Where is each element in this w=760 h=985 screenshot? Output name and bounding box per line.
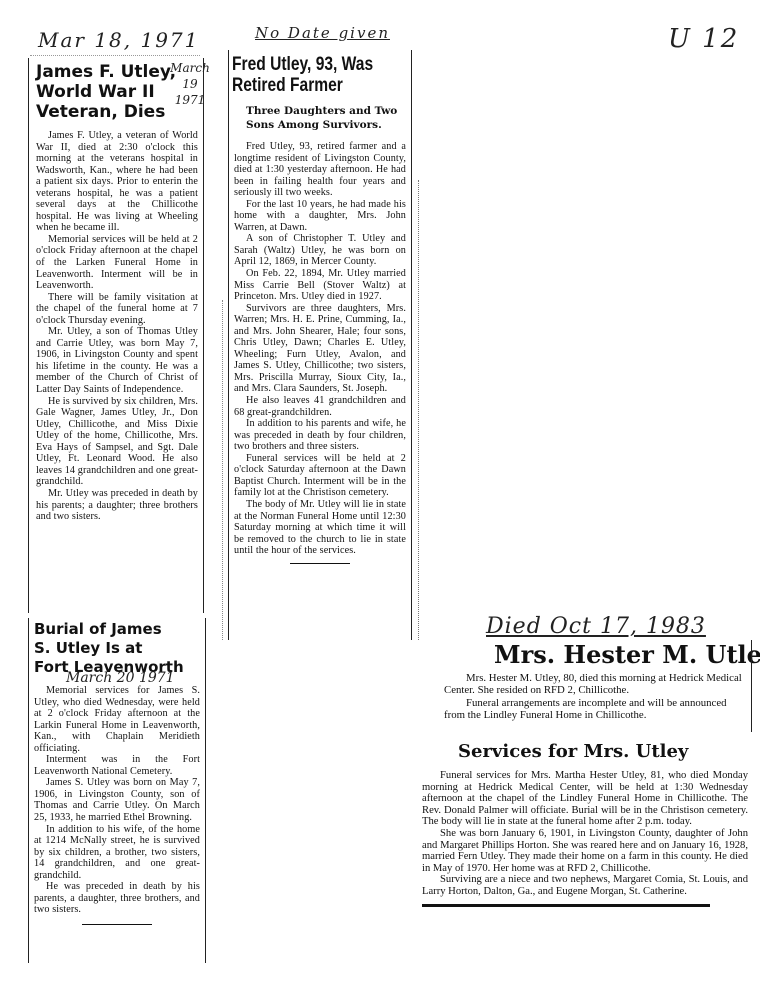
paragraph: For the last 10 years, he had made his h…: [234, 199, 406, 234]
paragraph: She was born January 6, 1901, in Livings…: [422, 828, 748, 874]
clip-hester-utley: Mrs. Hester M. Utley Mrs. Hester M. Utle…: [430, 640, 752, 732]
corner-note: U 12: [668, 24, 739, 54]
paragraph: In addition to his wife, of the home at …: [34, 824, 200, 882]
subhead-line: Three Daughters and Two: [246, 104, 408, 118]
paragraph: James S. Utley was born on May 7, 1906, …: [34, 777, 200, 823]
clip1-handwritten-date: Mar 18, 1971: [38, 28, 199, 52]
paragraph: The body of Mr. Utley will lie in state …: [234, 499, 406, 557]
headline-line: S. Utley Is at: [34, 639, 202, 658]
clip3-body: Fred Utley, 93, retired farmer and a lon…: [228, 132, 412, 557]
end-rule: [422, 904, 710, 907]
side-date-line: March: [170, 60, 210, 76]
paragraph: Funeral arrangements are incomplete and …: [444, 697, 742, 722]
clip3-headline: Fred Utley, 93, Was Retired Farmer: [232, 54, 376, 96]
paragraph: Mr. Utley, a son of Thomas Utley and Car…: [36, 326, 198, 395]
headline-line: Retired Farmer: [232, 75, 376, 96]
clip1-body: James F. Utley, a veteran of World War I…: [28, 122, 204, 523]
paragraph: Memorial services for James S. Utley, wh…: [34, 685, 200, 754]
clip-burial-james-s-utley: Burial of James S. Utley Is at Fort Leav…: [28, 618, 206, 963]
paragraph: Funeral services will be held at 2 o'clo…: [234, 453, 406, 499]
column-rule: [28, 618, 29, 963]
paragraph: Memorial services will be held at 2 o'cl…: [36, 234, 198, 292]
paragraph: He is survived by six children, Mrs. Gal…: [36, 396, 198, 488]
clip2-body: Memorial services for James S. Utley, wh…: [28, 677, 206, 916]
paragraph: Mr. Utley was preceded in death by his p…: [36, 488, 198, 523]
paragraph: A son of Christopher T. Utley and Sarah …: [234, 233, 406, 268]
clip5-headline: Services for Mrs. Utley: [420, 740, 756, 764]
divider: [30, 55, 200, 56]
paragraph: Interment was in the Fort Leavenworth Na…: [34, 754, 200, 777]
end-rule: [290, 563, 350, 565]
fold-mark: [222, 300, 223, 640]
clip-fred-utley: Fred Utley, 93, Was Retired Farmer Three…: [228, 50, 412, 640]
subhead-line: Sons Among Survivors.: [246, 118, 408, 132]
clip5-body: Funeral services for Mrs. Martha Hester …: [420, 764, 756, 898]
paragraph: Mrs. Hester M. Utley, 80, died this morn…: [444, 672, 742, 697]
column-rule: [228, 50, 229, 640]
paragraph: James F. Utley, a veteran of World War I…: [36, 130, 198, 234]
fold-mark: [418, 180, 419, 640]
paragraph: Survivors are three daughters, Mrs. Warr…: [234, 303, 406, 395]
clip4-handwritten-date: Died Oct 17, 1983: [486, 614, 706, 639]
paragraph: He also leaves 41 grandchildren and 68 g…: [234, 395, 406, 418]
column-rule: [205, 618, 206, 963]
clip4-body: Mrs. Hester M. Utley, 80, died this morn…: [430, 670, 752, 722]
clip-services-mrs-utley: Services for Mrs. Utley Funeral services…: [420, 740, 756, 960]
column-rule: [28, 58, 29, 613]
end-rule: [82, 924, 152, 926]
clip2-headline: Burial of James S. Utley Is at Fort Leav…: [34, 620, 202, 677]
paragraph: In addition to his parents and wife, he …: [234, 418, 406, 453]
clip3-subhead: Three Daughters and Two Sons Among Survi…: [232, 96, 408, 132]
paragraph: On Feb. 22, 1894, Mr. Utley married Miss…: [234, 268, 406, 303]
paragraph: There will be family visitation at the c…: [36, 292, 198, 327]
column-rule: [411, 50, 412, 640]
clip4-headline: Mrs. Hester M. Utley: [430, 640, 752, 670]
clip3-handwritten-note: No Date given: [255, 24, 390, 42]
headline-line: Fred Utley, 93, Was: [232, 54, 376, 75]
column-rule: [203, 58, 204, 613]
clip1-handwritten-side-date: March 19 1971: [170, 60, 210, 108]
headline-line: Burial of James: [34, 620, 202, 639]
clip2-handwritten-date: March 20 1971: [66, 670, 175, 686]
paragraph: He was preceded in death by his parents,…: [34, 881, 200, 916]
side-date-line: 19: [170, 76, 210, 92]
paragraph: Fred Utley, 93, retired farmer and a lon…: [234, 141, 406, 199]
column-rule: [751, 640, 752, 732]
side-date-line: 1971: [170, 92, 210, 108]
paragraph: Surviving are a niece and two nephews, M…: [422, 874, 748, 897]
paragraph: Funeral services for Mrs. Martha Hester …: [422, 770, 748, 828]
clip-james-f-utley: James F. Utley, World War II Veteran, Di…: [28, 58, 204, 613]
